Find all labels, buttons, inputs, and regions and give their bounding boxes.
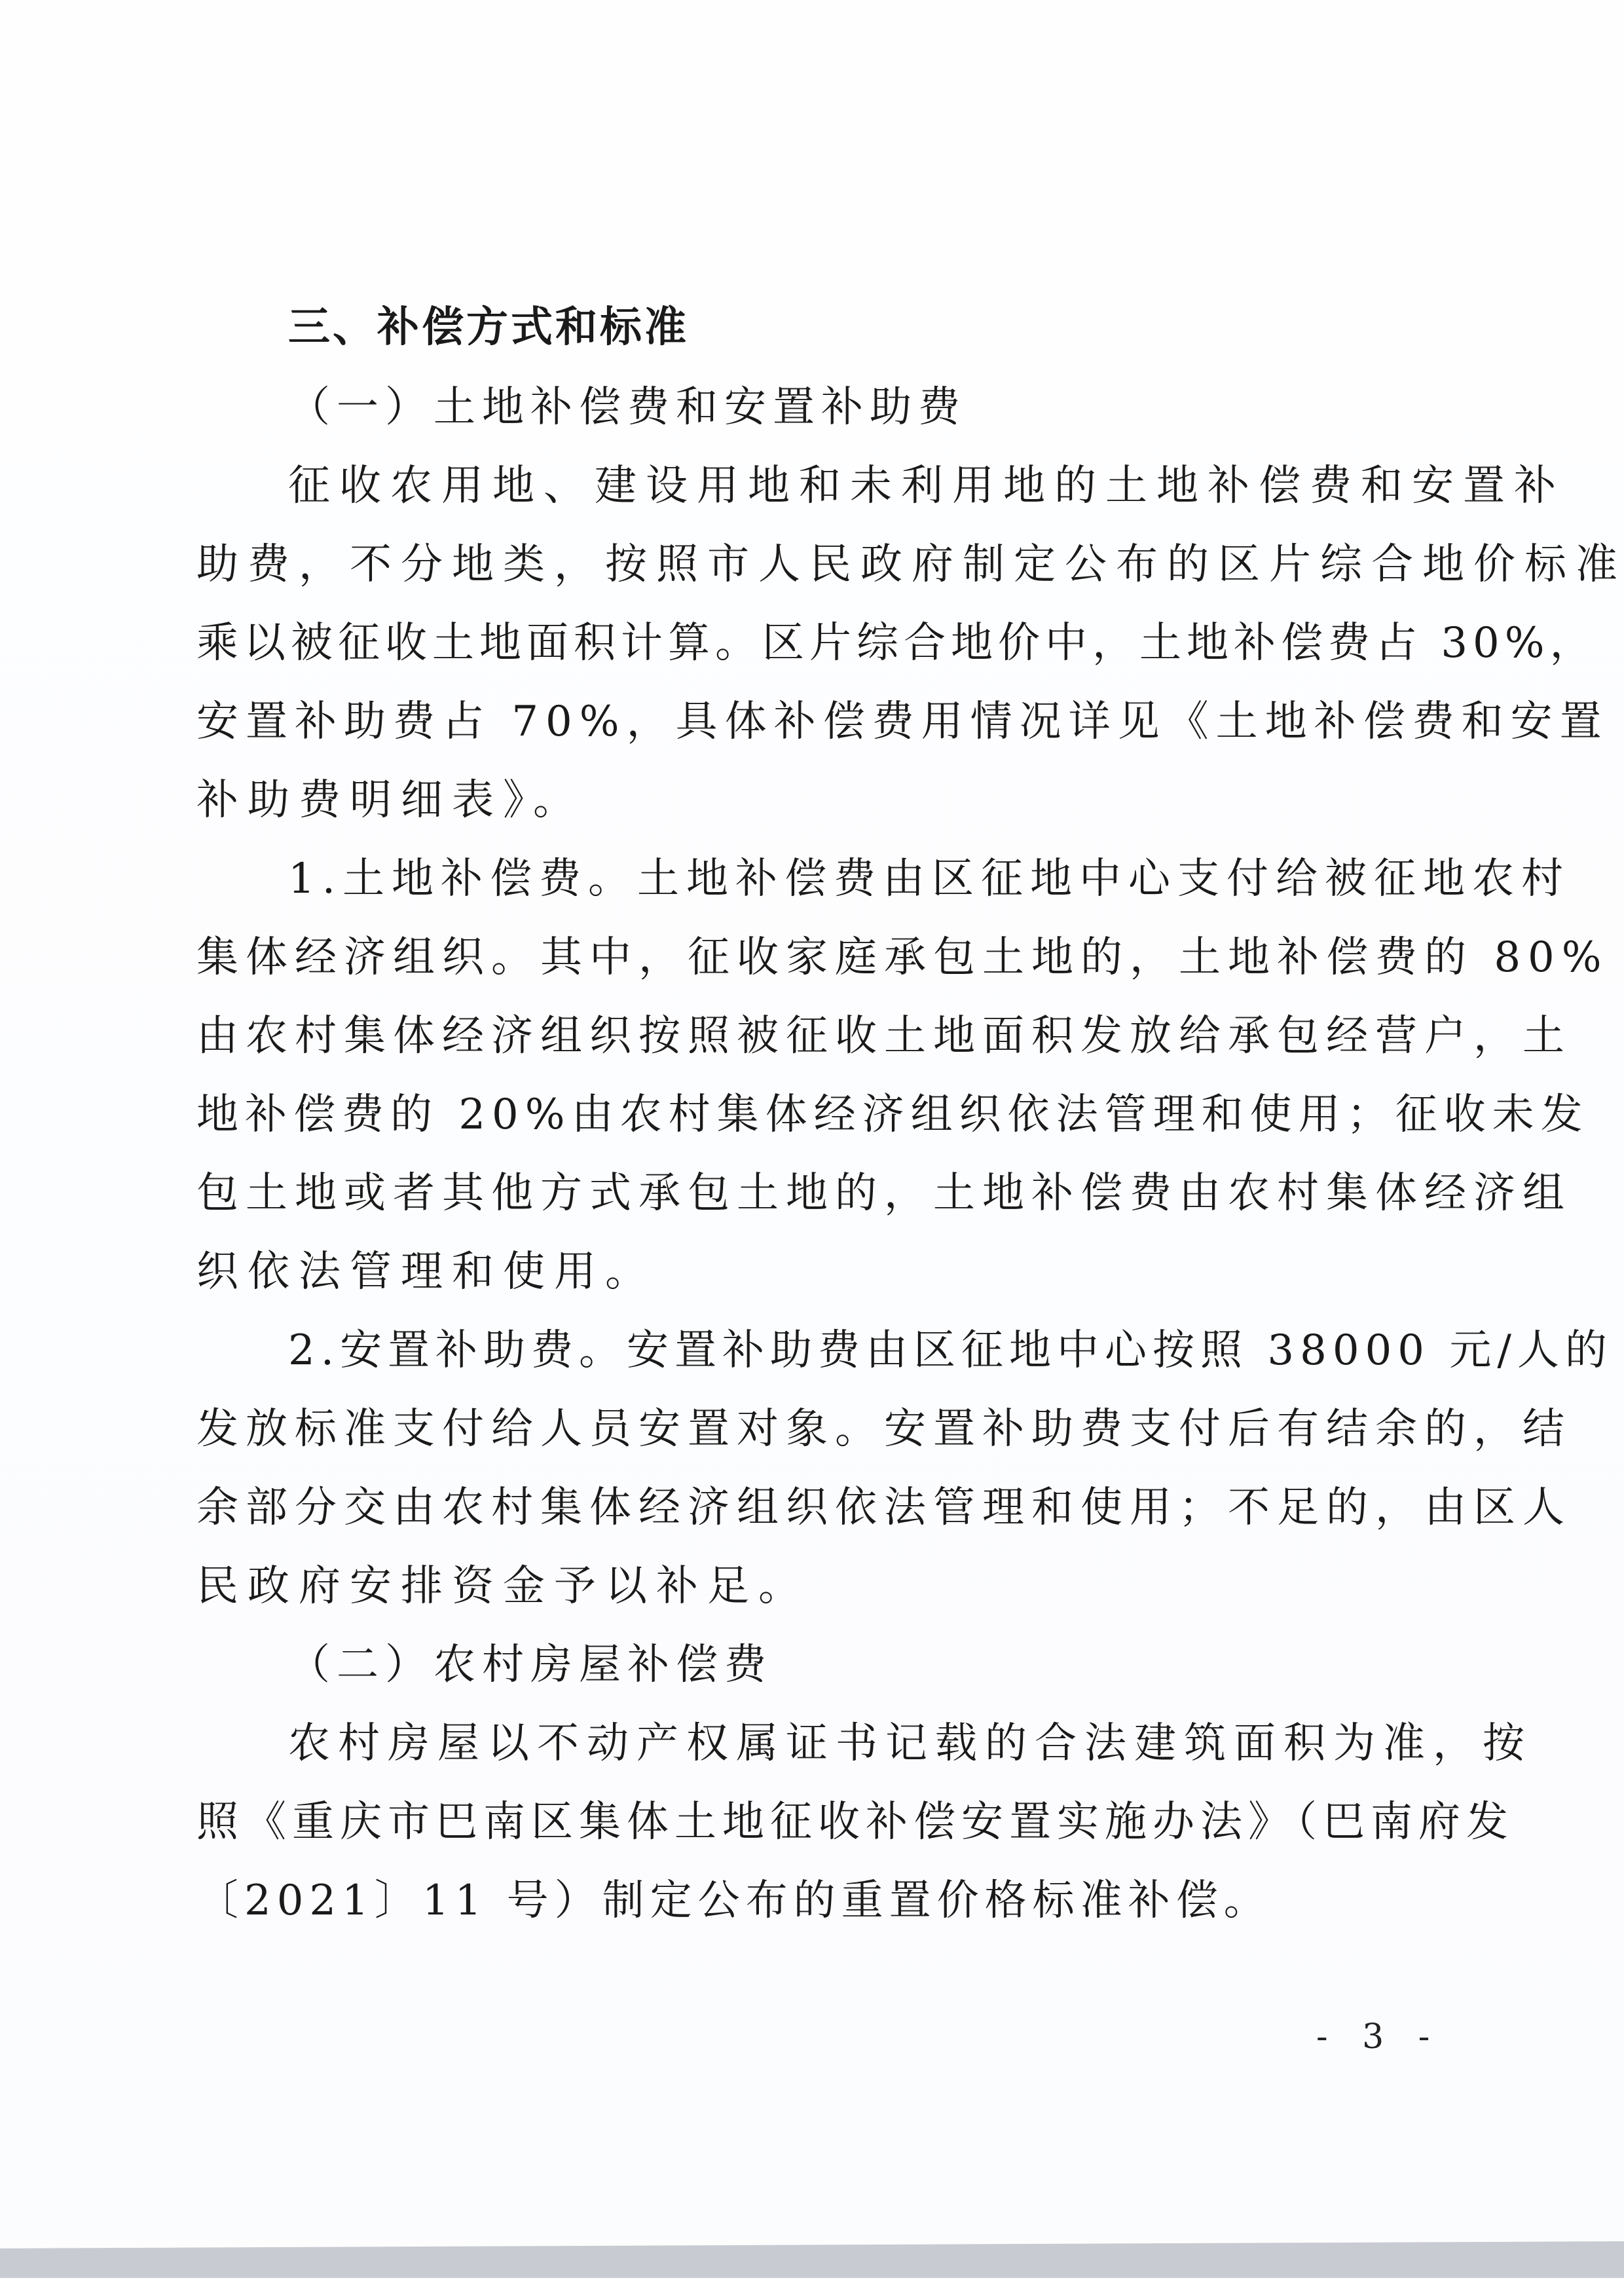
paragraph-line: 安置补助费占 70%，具体补偿费用情况详见《土地补偿费和安置 <box>196 696 1609 748</box>
page-number: - 3 - <box>1316 2017 1441 2057</box>
paragraph-line: 集体经济组织。其中，征收家庭承包土地的，土地补偿费的 80% <box>196 931 1609 984</box>
subsection-heading-land-compensation: （一）土地补偿费和安置补助费 <box>288 381 967 434</box>
paragraph-line: 包土地或者其他方式承包土地的，土地补偿费由农村集体经济组 <box>196 1167 1572 1220</box>
paragraph-line: 地补偿费的 20%由农村集体经济组织依法管理和使用；征收未发 <box>196 1089 1589 1141</box>
paragraph-line: 由农村集体经济组织按照被征收土地面积发放给承包经营户，土 <box>196 1010 1572 1062</box>
paragraph-line: 农村房屋以不动产权属证书记载的合法建筑面积为准，按 <box>288 1717 1532 1770</box>
subsection-heading-house-compensation: （二）农村房屋补偿费 <box>288 1639 773 1691</box>
paragraph-line: 织依法管理和使用。 <box>196 1246 656 1298</box>
paragraph-line: 补助费明细表》。 <box>196 774 584 827</box>
document-page: 三、补偿方式和标准 （一）土地补偿费和安置补助费 征收农用地、建设用地和未利用地… <box>0 0 1624 2240</box>
paragraph-line-resettlement-subsidy: 2.安置补助费。安置补助费由区征地中心按照 38000 元/人的 <box>288 1324 1613 1377</box>
paragraph-line: 照《重庆市巴南区集体土地征收补偿安置实施办法》（巴南府发 <box>196 1796 1514 1848</box>
paragraph-line: 征收农用地、建设用地和未利用地的土地补偿费和安置补 <box>288 460 1565 512</box>
paragraph-line: 发放标准支付给人员安置对象。安置补助费支付后有结余的，结 <box>196 1403 1572 1455</box>
paragraph-line: 民政府安排资金予以补足。 <box>196 1560 809 1613</box>
paragraph-line: 助费，不分地类，按照市人民政府制定公布的区片综合地价标准 <box>196 538 1624 591</box>
paragraph-line: 〔2021〕11 号）制定公布的重置价格标准补偿。 <box>196 1875 1272 1927</box>
section-heading: 三、补偿方式和标准 <box>288 301 689 354</box>
scan-margin <box>0 2278 1624 2295</box>
paragraph-line-land-compensation: 1.土地补偿费。土地补偿费由区征地中心支付给被征地农村 <box>288 853 1570 905</box>
paragraph-line: 余部分交由农村集体经济组织依法管理和使用；不足的，由区人 <box>196 1482 1572 1534</box>
paragraph-line: 乘以被征收土地面积计算。区片综合地价中，土地补偿费占 30%， <box>196 617 1597 669</box>
